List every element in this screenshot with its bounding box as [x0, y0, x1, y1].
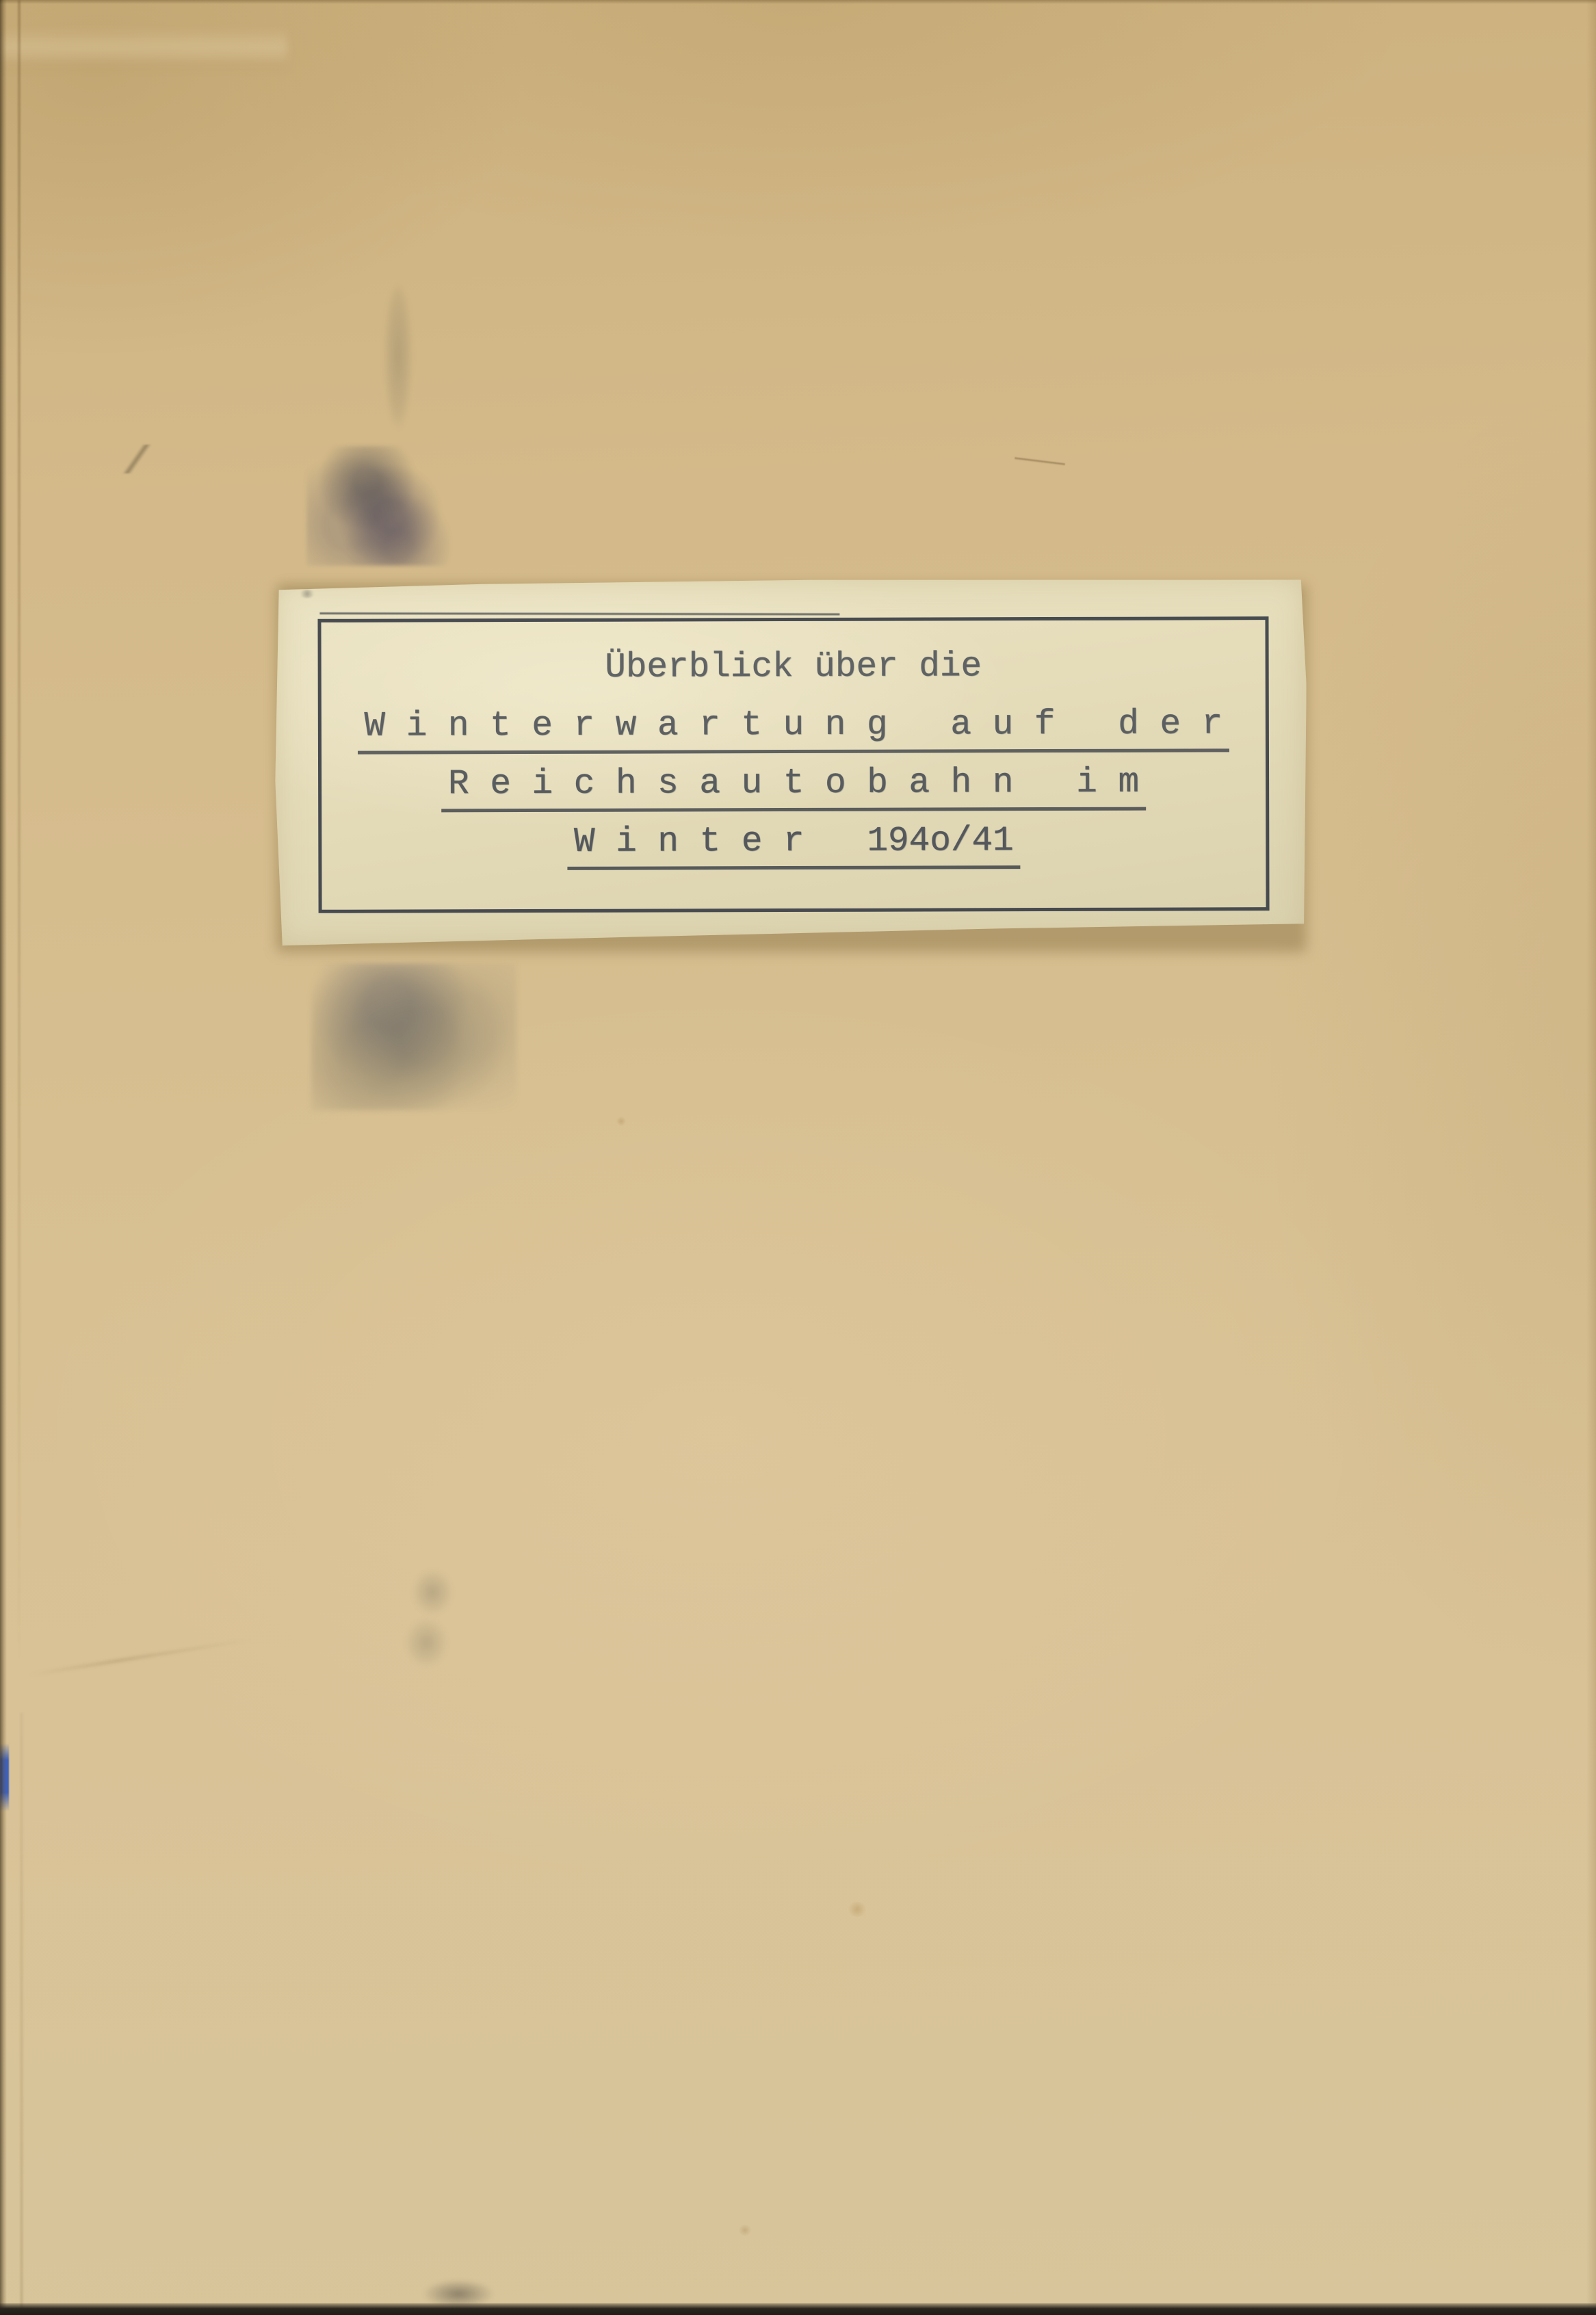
diagonal-crease-bottom-left	[29, 1638, 252, 1677]
ink-smudge-below-label	[311, 963, 516, 1110]
paper-crease-left-lower	[21, 1713, 23, 2315]
paper-crease-top-left	[0, 27, 287, 68]
ink-smudge-upper	[306, 446, 450, 566]
scan-edge-top	[0, 0, 1596, 4]
title-line-2: W i n t e r w a r t u n g a u f d e r	[357, 707, 1229, 754]
title-line-3: R e i c h s a u t o b a h n i m	[441, 766, 1146, 813]
title-line-4: W i n t e r 194o/41	[567, 824, 1021, 870]
foxing-speck	[847, 1902, 867, 1917]
scanned-cover-page: Überblick über die W i n t e r w a r t u…	[0, 0, 1596, 2315]
ruled-border-extra-stroke	[319, 612, 839, 615]
faint-vertical-streak-stain	[378, 263, 419, 469]
small-scratch-mark	[116, 445, 157, 473]
foxing-speck	[616, 1116, 627, 1126]
scan-edge-bottom	[0, 2303, 1596, 2315]
gray-smudge-middle	[393, 1556, 469, 1676]
title-line-1: Überblick über die	[605, 649, 982, 685]
scratch-dash-right	[1014, 452, 1066, 471]
pasted-title-label: Überblick über die W i n t e r w a r t u…	[273, 575, 1307, 947]
scan-edge-left	[0, 0, 7, 2315]
foxing-speck	[737, 2225, 753, 2236]
paper-crease-left	[18, 0, 21, 1666]
scan-edge-right	[1586, 0, 1596, 2315]
title-ruled-border: Überblick über die W i n t e r w a r t u…	[317, 616, 1269, 913]
